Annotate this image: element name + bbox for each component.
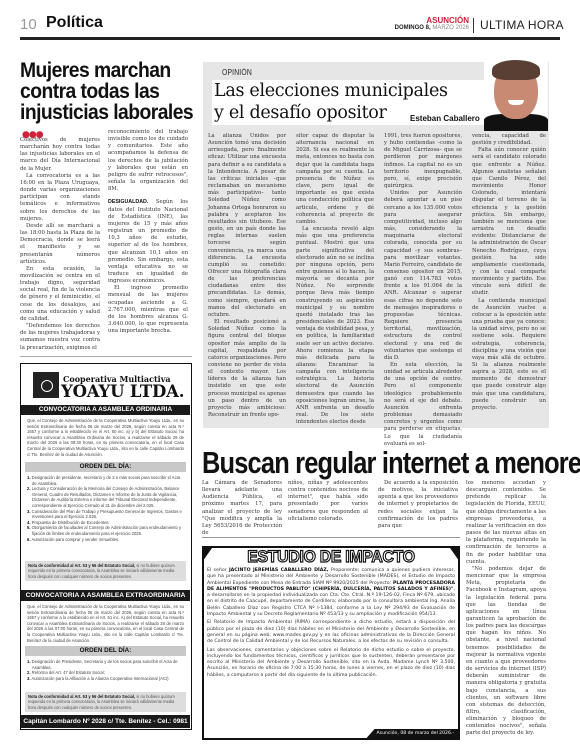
ad-ordinaria-title: CONVOCATORIA A ASAMBLEA ORDINARIA [21,405,190,415]
opinion-column-2: sitor capaz de disputar la alternancia n… [296,133,374,426]
divider [202,537,460,538]
ad-orden2-title: ORDEN DEL DÍA: [25,646,186,656]
paragraph: los menores accedan y descarguen conteni… [466,480,546,566]
kicker: DESIGUALDAD. [108,199,148,205]
paragraph: Desde allí se marchará a las 18:00 hasta… [20,223,100,266]
paragraph: "Defendemos los derechos de las mujeres … [20,323,100,352]
paragraph: La contienda municipal de Asunción vuelv… [472,298,546,413]
paragraph: Falta aún conocer quién será el candidat… [472,147,546,297]
header-city: ASUNCIÓN [393,16,469,25]
ad-header: ESTUDIO DE IMPACTO AMBIENTAL [204,548,458,565]
ad-orden-list: 1. Designación de presidente, secretario… [27,475,184,542]
brand-name: ULTIMA HORA [480,18,564,32]
paragraph: Colectivos de mujeres marcharán hoy cont… [20,137,100,173]
paragraph: vencia, capacidad de gestión y credibili… [472,133,546,147]
paragraph: La convocatoria es a las 16:00 en la Pla… [20,173,100,223]
opinion-column-3: 1991, tres fueron opositores, y hubo con… [384,133,462,448]
opinion-tag: OPINIÓN [222,68,252,77]
ad-extraordinaria-title: CONVOCATORIA A ASAMBLEA EXTRAORDINARIA [21,590,190,601]
ad-note: Nota de conformidad al Art. 53 y 56 del … [25,561,186,581]
paragraph: sitor capaz de disputar la alternancia n… [296,133,374,226]
header-day: DOMINGO 8, [395,25,431,31]
list-item: 3. Autorización para la Afiliación a la … [27,676,184,682]
ad-title: ESTUDIO DE IMPACTO AMBIENTAL [213,548,449,565]
page-number: 10 [20,16,37,33]
ad-orden2-list: 1. Designación de Presidente, Secretario… [27,659,184,681]
story-column-2: reconocimiento del trabajo invisible com… [108,129,188,335]
cooperative-ad: Cooperativa Multiactiva YOAYU LTDA. CONV… [20,363,192,730]
paragraph: La alianza Unidos por Asunción tomó una … [208,133,286,319]
list-item: 2. Lectura y Consideración de la Memoria… [27,486,184,508]
ad-ordinaria-text: Que, el Consejo de Administración de la … [27,418,184,457]
ad-cooperative-name: YOAYU LTDA. [61,382,184,401]
paragraph: 1991, tres fueron opositores, y hubo con… [384,133,462,190]
paragraph: La encuesta reveló algo más que una pref… [296,226,374,426]
list-item: 1. Designación de presidente, secretario… [27,475,184,486]
story2-column-2: niños, niñas y adolescentes contra conte… [288,480,368,523]
list-item: 1. Designación de Presidente, Secretario… [27,659,184,670]
paragraph: El resultado posicionó a Soledad Núñez c… [208,319,286,419]
cooperative-logo-icon [33,372,59,398]
story2-column-1: La Cámara de Senadores llevará adelante … [202,480,282,537]
divider [20,356,192,357]
ad-orden-title: ORDEN DEL DÍA: [25,462,186,472]
ad-footer-contact: Capitán Lombardo Nº 2028 c/ Tte. Benítez… [21,715,190,728]
paragraph: Las observaciones, comentarios y objecio… [207,648,455,679]
ad-note-2: Nota de conformidad al Art. 53 y 56 del … [25,692,186,712]
story2-column-3: De acuerdo a la exposición de motivos, l… [378,480,458,530]
environmental-impact-ad: ESTUDIO DE IMPACTO AMBIENTAL El señor JA… [202,546,460,740]
paragraph: En esta ocasión, la movilización se cent… [20,266,100,323]
story2-column-4: los menores accedan y descarguen conteni… [466,480,546,738]
list-item: 6. Autorización para comprar y vender in… [27,537,184,543]
list-item: 3. Consideración del Plan de Trabajo y P… [27,509,184,520]
kicker-text: Según los datos del Instituto Nacional d… [108,199,188,284]
paragraph: DESIGUALDAD. Según los datos del Institu… [108,199,188,285]
story-column-1: Colectivos de mujeres marcharán hoy cont… [20,137,100,352]
opinion-author: Esteban Caballero [410,114,480,123]
list-item: 5. Otorgamiento de facultades al Consejo… [27,525,184,536]
paragraph: El ingreso promedio mensual de las mujer… [108,285,188,335]
paragraph: Unidos por Asunción deberá apuntar a un … [384,190,462,362]
header-separator [473,18,474,33]
paragraph: reconocimiento del trabajo invisible com… [108,129,188,193]
author-photo [484,58,548,131]
paragraph: El señor JACINTO JEREMÍAS CABALLERO DÍAZ… [207,568,455,618]
paragraph: En esta elección, la unidad se articula … [384,362,462,448]
ad-date-footer: Asunción, 08 de marzo del 2026.- [367,729,458,738]
opinion-column-4: vencia, capacidad de gestión y credibili… [472,133,546,412]
paragraph: El Relatorio de Impacto Ambiental (RIMA)… [207,620,455,645]
header-date: DOMINGO 8, MARZO 2026 [380,25,469,31]
paragraph: "No podemos dejar de mencionar que la em… [466,566,546,738]
ad-extraordinaria-text: Que, el Consejo de Administración de la … [27,604,184,643]
headline-line-1: Las elecciones municipales [214,80,514,102]
story-headline-2: Buscan regular internet a menores [202,445,580,481]
ad-body: El señor JACINTO JEREMÍAS CABALLERO DÍAZ… [207,568,455,679]
story-headline: Mujeres marchan contra todas las injusti… [20,60,204,123]
opinion-column-1: La alianza Unidos por Asunción tomó una … [208,133,286,419]
section-title: Política [46,14,103,32]
header-month-year: MARZO 2026 [432,25,469,31]
header-rule [20,37,560,40]
